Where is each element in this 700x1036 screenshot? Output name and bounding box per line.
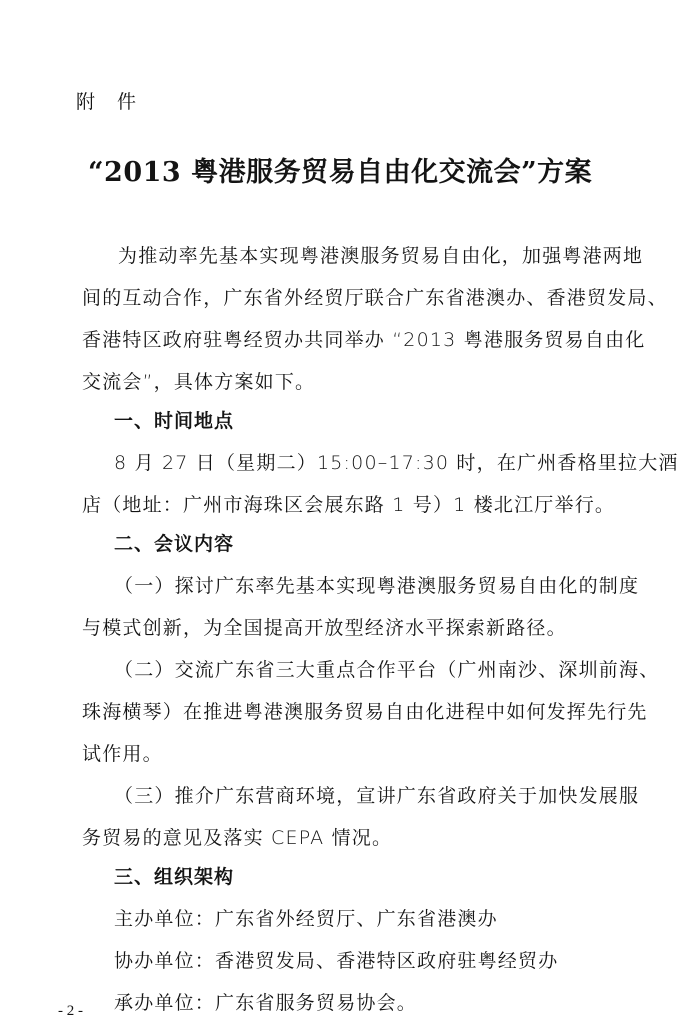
attachment-char-1: 附: [76, 91, 95, 113]
section-heading-organization: 三、组织架构: [114, 862, 234, 889]
section-2-line-1: （一）探讨广东率先基本实现粤港澳服务贸易自由化的制度: [114, 571, 639, 598]
section-1-line-1: 8 月 27 日（星期二）15:00–17:30 时，在广州香格里拉大酒: [114, 448, 679, 475]
page-number: - 2 -: [58, 1003, 83, 1020]
section-2-line-2: 与模式创新，为全国提高开放型经济水平探索新路径。: [82, 613, 567, 640]
intro-line-2: 间的互动合作，广东省外经贸厅联合广东省港澳办、香港贸发局、: [82, 283, 668, 310]
section-heading-time-place: 一、时间地点: [114, 406, 234, 433]
intro-line-4: 交流会”，具体方案如下。: [82, 367, 315, 394]
attachment-char-2: 件: [117, 91, 136, 113]
intro-line-3: 香港特区政府驻粤经贸办共同举办 “2013 粤港服务贸易自由化: [82, 325, 645, 352]
organizer-undertaker: 承办单位：广东省服务贸易协会。: [114, 988, 417, 1015]
organizer-co-host: 协办单位：香港贸发局、香港特区政府驻粤经贸办: [114, 946, 558, 973]
section-2-line-7: 务贸易的意见及落实 CEPA 情况。: [82, 823, 392, 850]
section-2-line-4: 珠海横琴）在推进粤港澳服务贸易自由化进程中如何发挥先行先: [82, 697, 648, 724]
section-2-line-5: 试作用。: [82, 739, 163, 766]
intro-line-1: 为推动率先基本实现粤港澳服务贸易自由化，加强粤港两地: [118, 241, 643, 268]
section-heading-content: 二、会议内容: [114, 529, 234, 556]
section-2-line-3: （二）交流广东省三大重点合作平台（广州南沙、深圳前海、: [114, 655, 659, 682]
document-title: “2013 粤港服务贸易自由化交流会”方案: [88, 150, 592, 189]
section-2-line-6: （三）推介广东营商环境，宣讲广东省政府关于加快发展服: [114, 781, 639, 808]
section-1-line-2: 店（地址：广州市海珠区会展东路 1 号）1 楼北江厅举行。: [82, 490, 615, 517]
organizer-host: 主办单位：广东省外经贸厅、广东省港澳办: [114, 904, 498, 931]
attachment-label: 附件: [76, 87, 136, 114]
